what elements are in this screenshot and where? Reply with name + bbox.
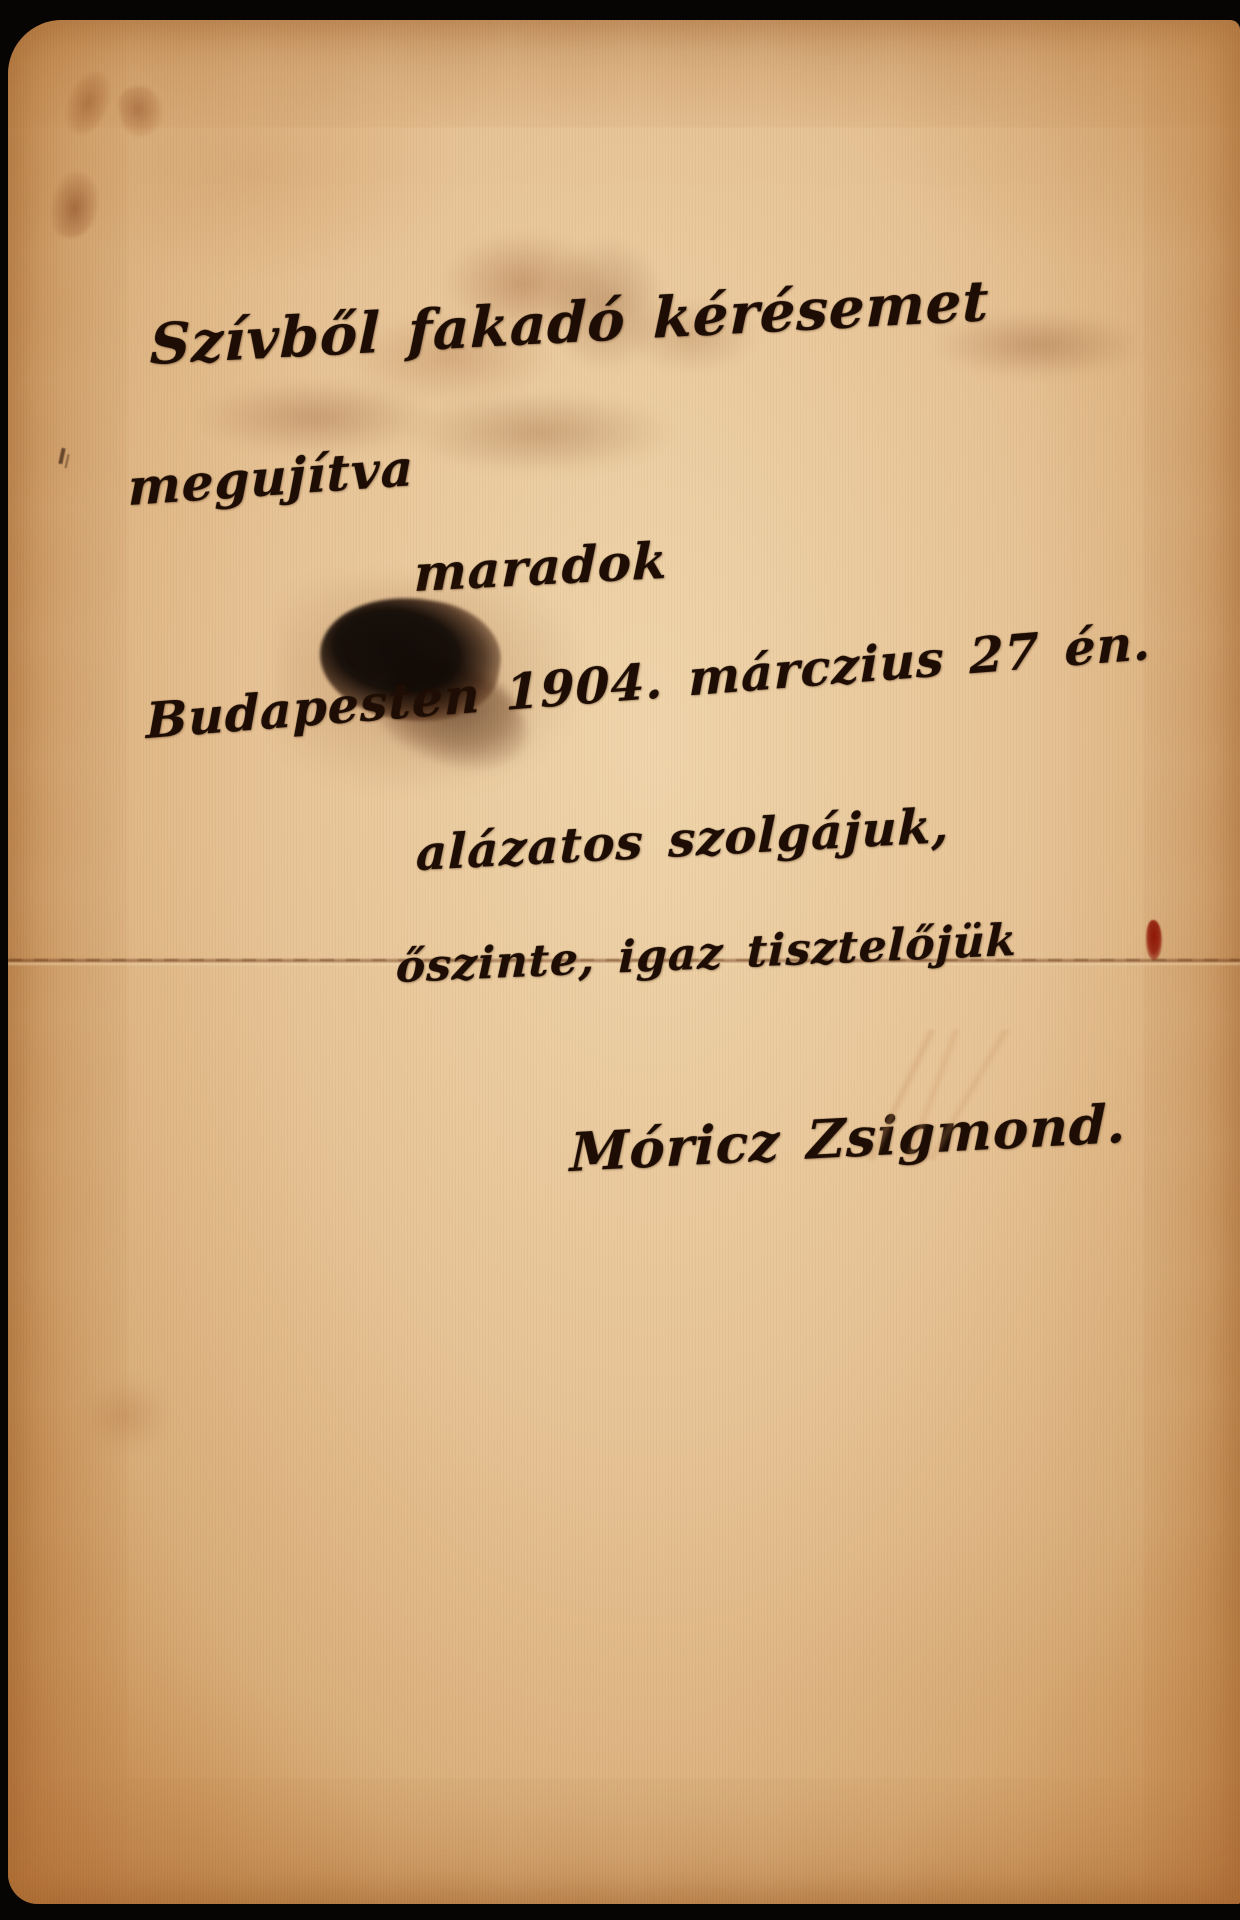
letter-page: Szívből fakadó kérésemet megujítva marad… [8, 20, 1240, 1904]
corner-stain [48, 169, 103, 241]
handwritten-line-1: Szívből fakadó kérésemet [149, 268, 989, 378]
left-edge-ink-mark [58, 448, 65, 464]
bottom-left-smudge [86, 1380, 166, 1450]
corner-stain [115, 82, 168, 141]
red-ink-mark [1146, 920, 1162, 960]
corner-stain [59, 65, 117, 140]
handwritten-line-2: megujítva [128, 438, 414, 517]
handwritten-line-closing-2: őszinte, igaz tisztelőjük [395, 915, 1017, 993]
signature-moricz-zsigmond: Móricz Zsigmond. [569, 1093, 1126, 1184]
handwritten-line-closing-1: alázatos szolgájuk, [416, 798, 950, 882]
